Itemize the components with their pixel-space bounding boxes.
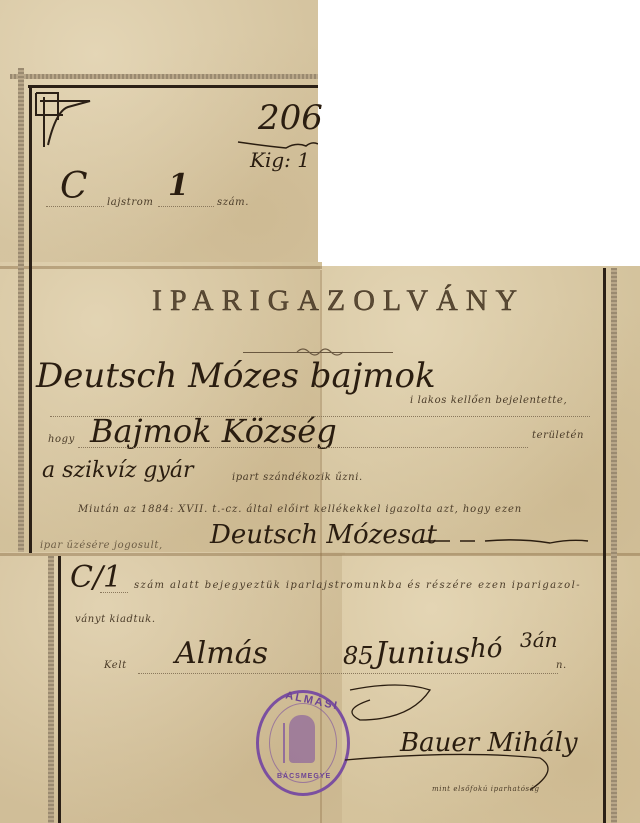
- applicant-name: Deutsch Mózes bajmok: [36, 356, 436, 396]
- issue-ho: hó: [470, 634, 502, 664]
- issue-day: 3án: [520, 628, 558, 652]
- border-outer-left-lower: [48, 556, 54, 823]
- line7-printed: ványt kiadtuk.: [75, 614, 156, 625]
- border-inner-right: [603, 268, 606, 823]
- border-outer-right: [611, 268, 617, 823]
- line5-printed: ipar űzésére jogosult,: [40, 540, 163, 551]
- border-inner-left-lower: [58, 556, 61, 823]
- dateline-dotline: [138, 673, 558, 674]
- number-dotline: [158, 206, 214, 207]
- line2-dotline: [78, 447, 528, 448]
- registered-name: Deutsch Mózesat: [210, 520, 437, 550]
- register-letter: C: [60, 166, 88, 207]
- border-inner-left: [29, 85, 32, 553]
- register-label: lajstrom: [107, 197, 154, 208]
- fill-dash-icon: [420, 536, 590, 546]
- trade-description: a szikvíz gyár: [42, 458, 194, 483]
- border-outer-top: [10, 74, 318, 79]
- official-stamp: ALMÁSI BÁCSMEGYE: [256, 690, 350, 796]
- border-outer-left: [18, 68, 24, 552]
- stamp-bottom-text: BÁCSMEGYE: [277, 773, 331, 780]
- stamp-saint-figure-icon: [289, 715, 315, 763]
- dateline-suffix: n.: [556, 660, 567, 671]
- kig-note: Kig: 1: [250, 148, 310, 172]
- issue-place: Almás: [175, 636, 268, 671]
- line2-prefix: hogy: [48, 434, 75, 445]
- number-label: szám.: [217, 197, 249, 208]
- line3-printed: ipart szándékozik űzni.: [232, 472, 363, 483]
- corner-ornament-icon: [28, 85, 98, 155]
- stamp-staff-icon: [283, 723, 285, 763]
- line4-printed: Miután az 1884: XVII. t.-cz. által előir…: [78, 504, 522, 515]
- issue-month: Junius: [375, 636, 470, 671]
- dateline-label: Kelt: [104, 660, 127, 671]
- register-dotline: [46, 206, 104, 207]
- document-number: 206: [258, 98, 323, 138]
- register-entry: C/1: [70, 560, 122, 595]
- line6-printed: szám alatt bejegyeztük iparlajstromunkba…: [134, 580, 581, 591]
- line1-printed: i lakos kellően bejelentette,: [410, 395, 567, 406]
- fold-line: [0, 266, 322, 269]
- signature-caption: mint elsőfokú iparhatóság: [432, 785, 540, 793]
- line2-suffix: területén: [532, 430, 584, 441]
- issue-year: 85: [343, 642, 374, 670]
- business-location: Bajmok Község: [90, 412, 337, 450]
- document-title: IPARIGAZOLVÁNY: [152, 284, 525, 318]
- signatory-name: Bauer Mihály: [400, 728, 578, 758]
- register-number: 1: [168, 168, 189, 203]
- line6-dotline: [100, 592, 128, 593]
